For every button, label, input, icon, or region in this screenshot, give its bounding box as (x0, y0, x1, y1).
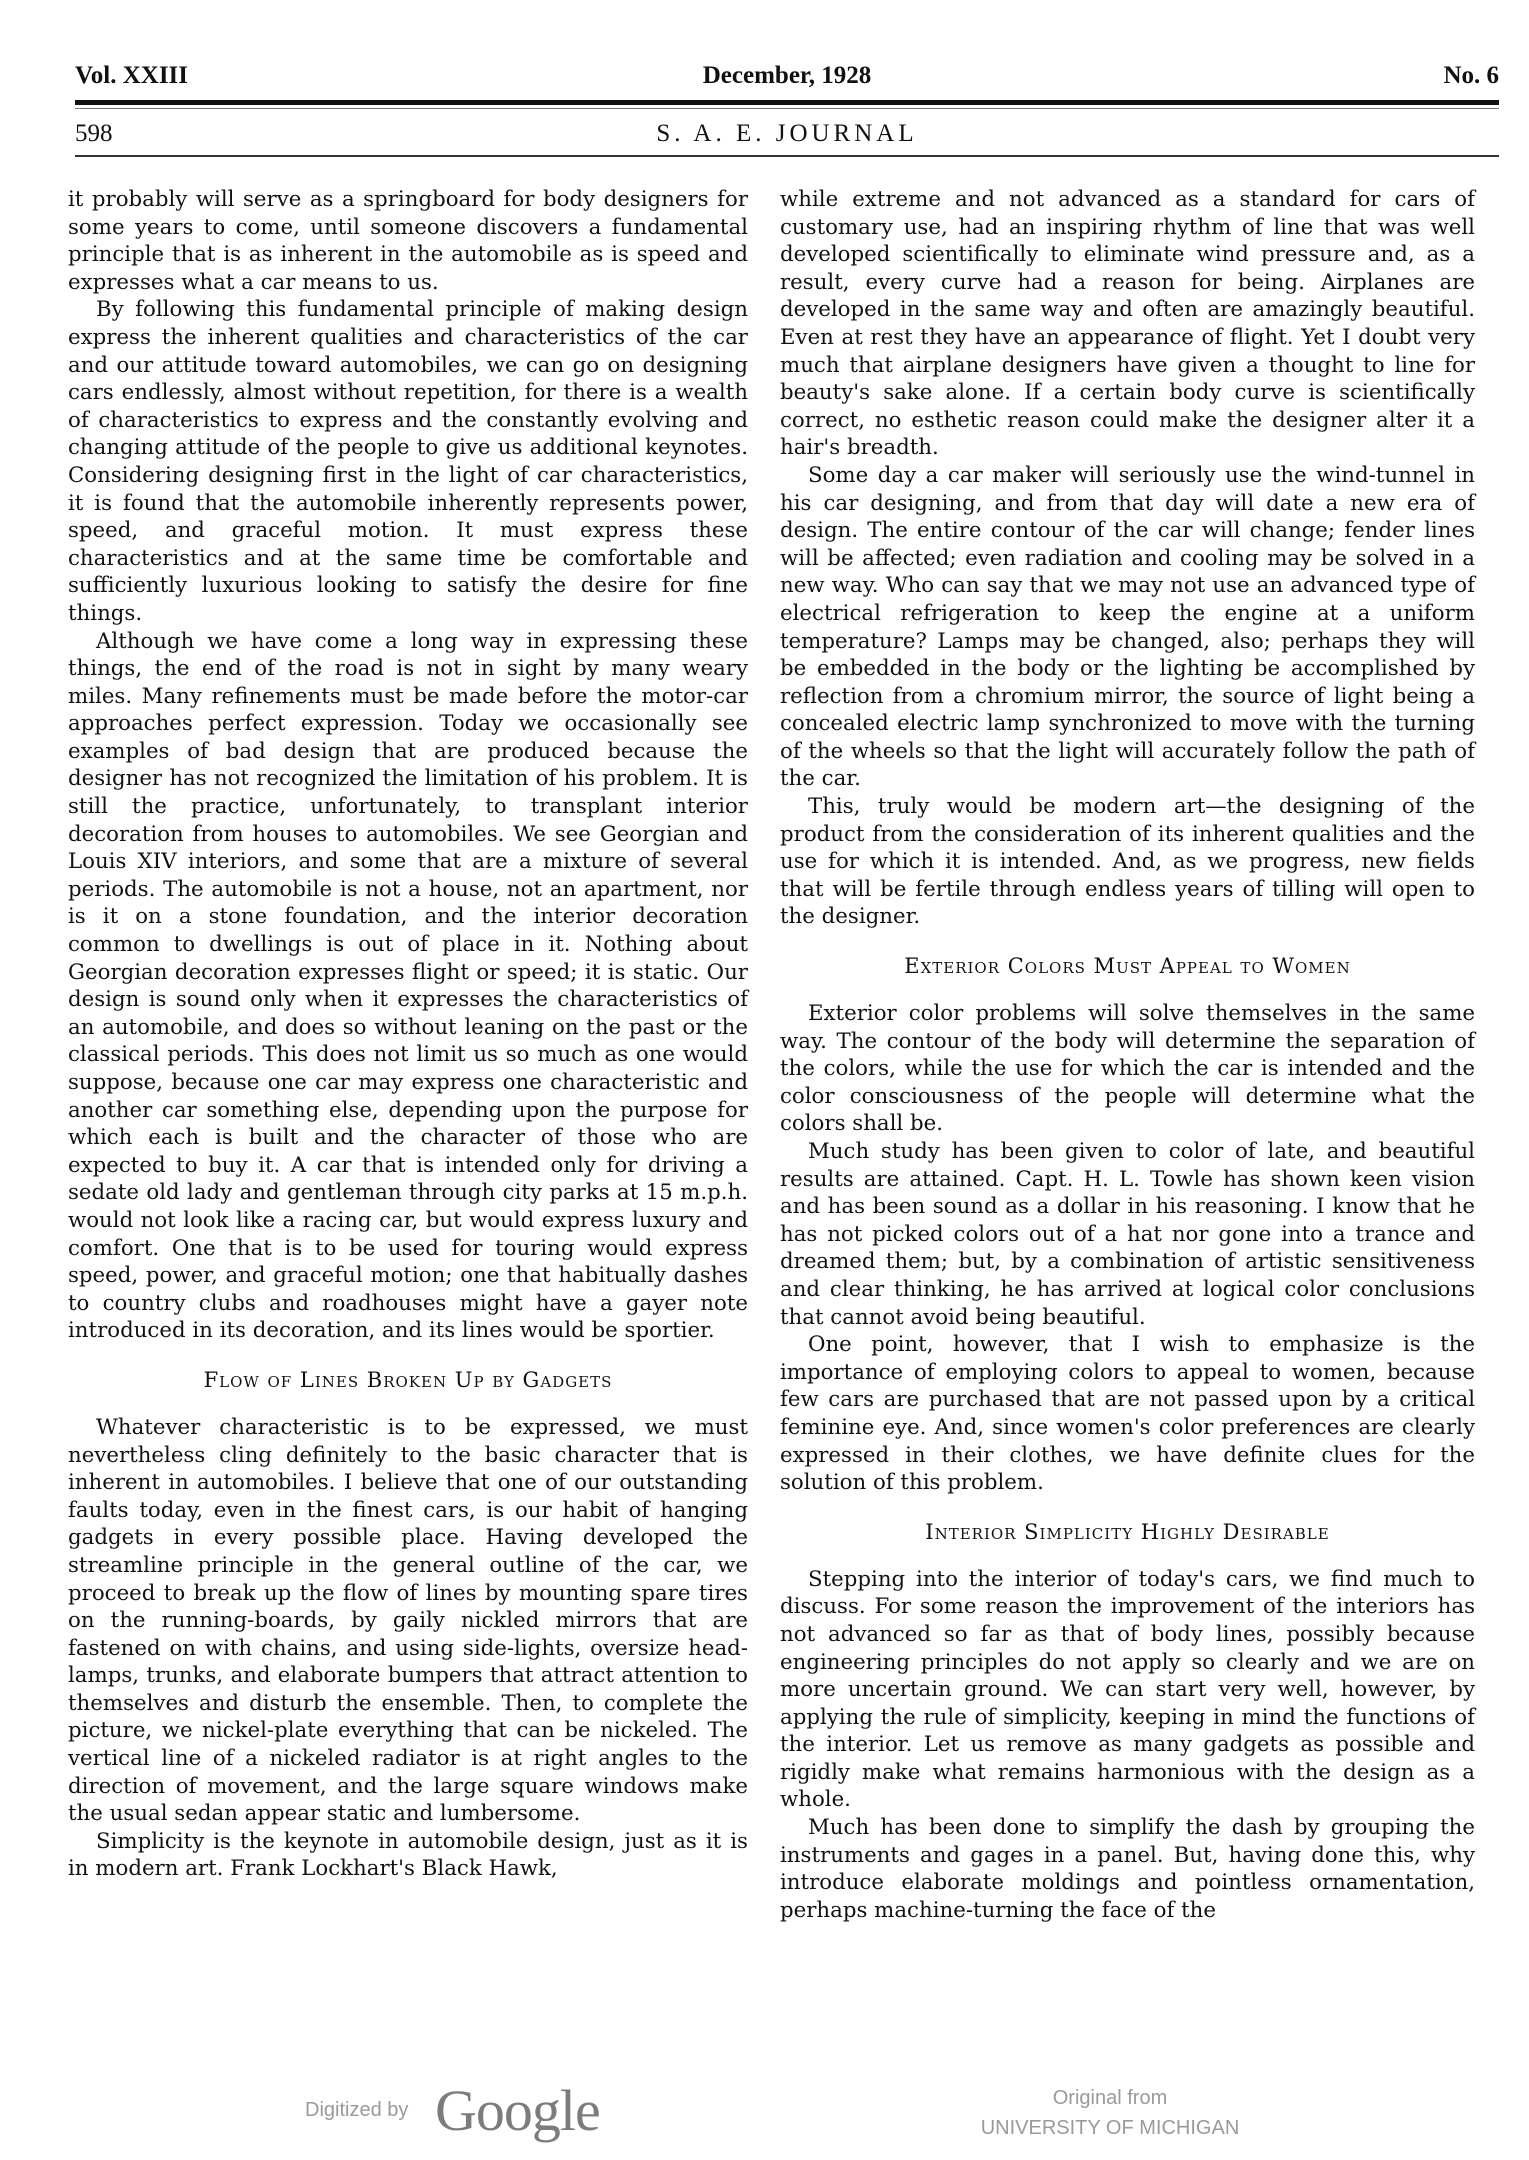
masthead-rule-thin (75, 108, 1499, 109)
issue-date: December, 1928 (75, 62, 1499, 90)
running-head-rule (75, 155, 1499, 157)
paragraph: This, truly would be modern art—the desi… (780, 793, 1475, 931)
original-source: Original from UNIVERSITY OF MICHIGAN (935, 2083, 1285, 2143)
left-column: it probably will serve as a springboard … (68, 186, 748, 1883)
section-heading: Exterior Colors Must Appeal to Women (780, 953, 1475, 979)
journal-title: S. A. E. JOURNAL (75, 120, 1499, 148)
issue-number: No. 6 (1443, 62, 1499, 90)
institution-name: UNIVERSITY OF MICHIGAN (935, 2113, 1285, 2143)
google-logo: Google (435, 2077, 600, 2144)
original-from-label: Original from (935, 2083, 1285, 2113)
paragraph: it probably will serve as a springboard … (68, 186, 748, 296)
paragraph: Much has been done to simplify the dash … (780, 1814, 1475, 1924)
masthead: Vol. XXIII December, 1928 No. 6 (75, 62, 1499, 94)
paragraph: One point, however, that I wish to empha… (780, 1331, 1475, 1497)
paragraph: By following this fundamental principle … (68, 296, 748, 627)
paragraph: Much study has been given to color of la… (780, 1138, 1475, 1331)
section-heading: Flow of Lines Broken Up by Gadgets (68, 1367, 748, 1393)
paragraph: Simplicity is the keynote in automobile … (68, 1828, 748, 1883)
digitization-footer: Digitized by Google Original from UNIVER… (0, 2085, 1529, 2155)
paragraph: while extreme and not advanced as a stan… (780, 186, 1475, 462)
digitized-by-label: Digitized by (305, 2099, 408, 2122)
paragraph: Whatever characteristic is to be express… (68, 1414, 748, 1828)
paragraph: Exterior color problems will solve thems… (780, 1000, 1475, 1138)
running-head: 598 S. A. E. JOURNAL (75, 120, 1499, 154)
right-column: while extreme and not advanced as a stan… (780, 186, 1475, 1924)
paragraph: Some day a car maker will seriously use … (780, 462, 1475, 793)
paragraph: Although we have come a long way in expr… (68, 628, 748, 1345)
paragraph: Stepping into the interior of today's ca… (780, 1566, 1475, 1814)
masthead-rule (75, 100, 1499, 105)
section-heading: Interior Simplicity Highly Desirable (780, 1519, 1475, 1545)
